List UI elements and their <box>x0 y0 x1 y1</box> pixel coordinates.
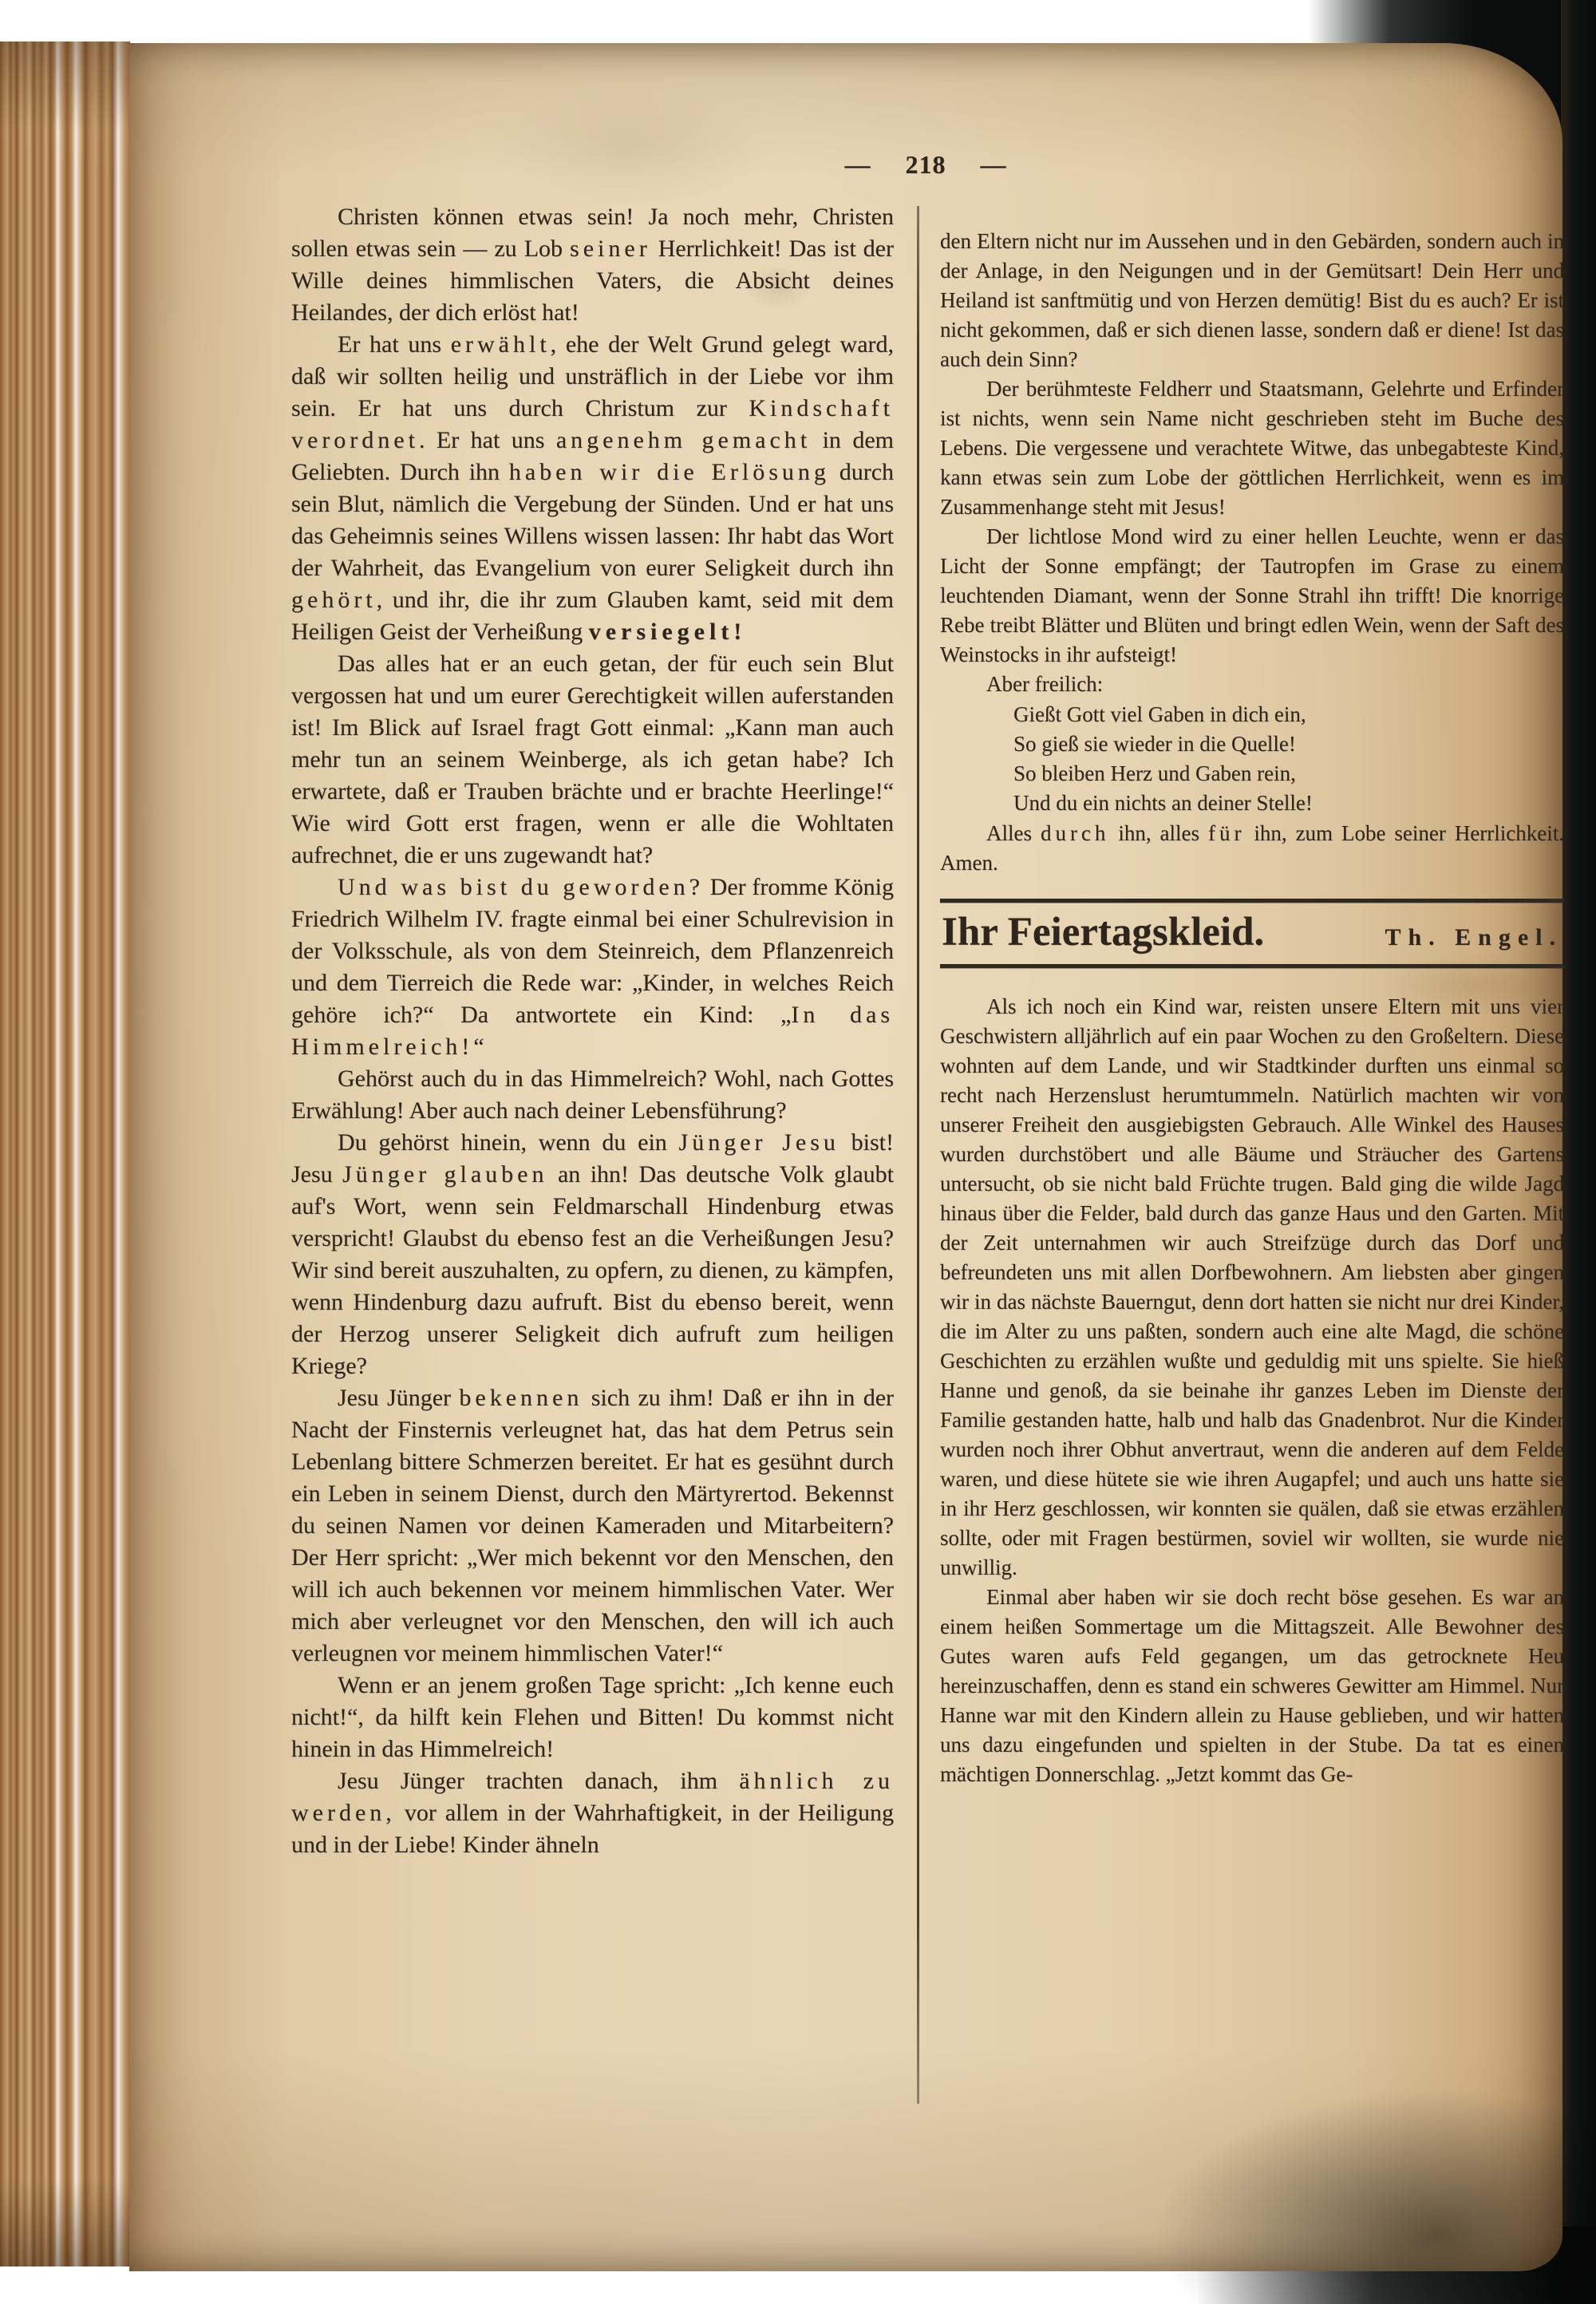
page-number: — 218 — <box>291 150 1560 180</box>
paragraph: Christen können etwas sein! Ja noch mehr… <box>291 201 894 329</box>
poem-line: So gieß sie wieder in die Quelle! <box>1013 729 1564 759</box>
poem-line: So bleiben Herz und Gaben rein, <box>1013 759 1564 788</box>
poem-line: Gießt Gott viel Gaben in dich ein, <box>1013 700 1564 729</box>
paragraph: Das alles hat er an euch getan, der für … <box>291 648 894 871</box>
poem-line: Und du ein nichts an deiner Stelle! <box>1013 788 1564 818</box>
article2-author: Th. Engel. <box>1385 926 1562 950</box>
paragraph: Als ich noch ein Kind war, reisten unser… <box>940 992 1564 1583</box>
paragraph: Aber freilich: <box>940 670 1564 699</box>
page-stack-edge <box>0 41 130 2266</box>
paragraph: Alles durch ihn, alles für ihn, zum Lobe… <box>940 819 1564 878</box>
article1-continuation: den Eltern nicht nur im Aussehen und in … <box>940 227 1564 878</box>
paragraph: Und was bist du geworden? Der fromme Kön… <box>291 871 894 1063</box>
left-column: Christen können etwas sein! Ja noch mehr… <box>291 201 894 2148</box>
paragraph: Gehörst auch du in das Himmelreich? Wohl… <box>291 1063 894 1127</box>
article2-body: Als ich noch ein Kind war, reisten unser… <box>940 992 1564 1789</box>
paragraph: Jesu Jünger bekennen sich zu ihm! Daß er… <box>291 1382 894 1670</box>
paragraph: Einmal aber haben wir sie doch recht bös… <box>940 1583 1564 1789</box>
paragraph: Du gehörst hinein, wenn du ein Jünger Je… <box>291 1127 894 1382</box>
book-cover-right-edge <box>1561 0 1596 2304</box>
paragraph: Wenn er an jenem großen Tage spricht: „I… <box>291 1670 894 1765</box>
paragraph: den Eltern nicht nur im Aussehen und in … <box>940 227 1564 374</box>
paragraph: Er hat uns erwählt, ehe der Welt Grund g… <box>291 329 894 648</box>
paragraph: Jesu Jünger trachten danach, ihm ähnlich… <box>291 1765 894 1861</box>
article2-header: Ihr Feiertagskleid. Th. Engel. <box>940 899 1564 968</box>
poem: Gießt Gott viel Gaben in dich ein,So gie… <box>1013 700 1564 818</box>
paragraph: Der lichtlose Mond wird zu einer hellen … <box>940 522 1564 670</box>
column-divider-rule <box>917 206 919 2104</box>
book-photo: — 218 — Christen können etwas sein! Ja n… <box>0 0 1596 2304</box>
header-rule-bottom <box>940 964 1564 968</box>
article2-title: Ihr Feiertagskleid. <box>942 912 1264 953</box>
right-column: den Eltern nicht nur im Aussehen und in … <box>940 227 1564 2222</box>
paragraph: Der berühmteste Feldherr und Staatsmann,… <box>940 374 1564 522</box>
